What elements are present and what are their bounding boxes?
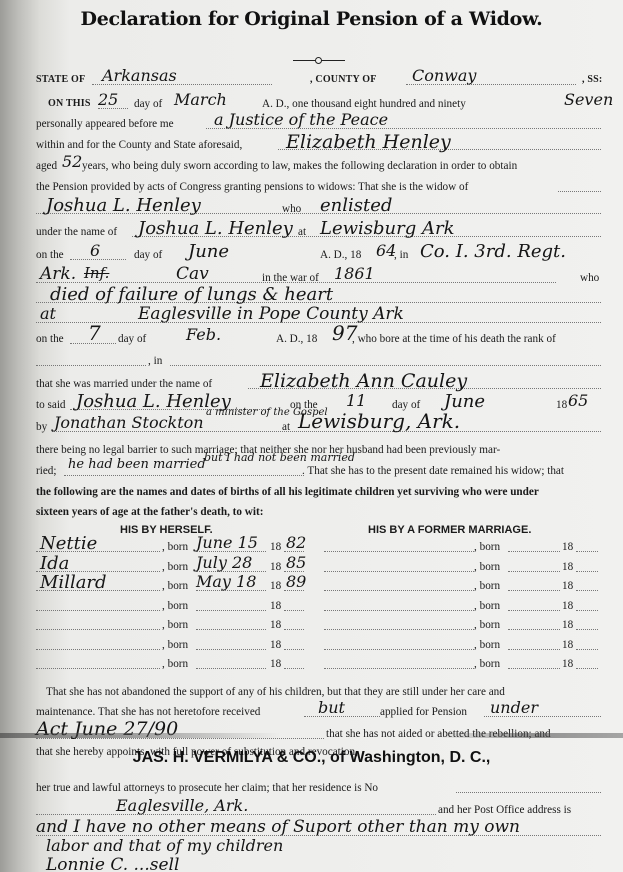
attorney-firm: JAS. H. VERMILYA & CO., of Washington, D…: [0, 749, 623, 767]
previous-marriage-line: ried; he had been married but I had not …: [36, 459, 603, 479]
act-line: Act June 27/90 that she has not aided or…: [36, 722, 603, 742]
child-row: , born18, born18: [36, 652, 603, 672]
child-birth-date: July 28: [196, 553, 252, 572]
child-row: Ida, bornJuly 281885, born18: [36, 555, 603, 575]
maintenance-line: maintenance. That she has not heretofore…: [36, 700, 603, 720]
cavalry-value: Cav: [176, 264, 209, 284]
enlist-date-line: on the 6 day of June A. D., 18 64 , in C…: [36, 243, 603, 263]
enlist-month: June: [188, 241, 229, 262]
child-row: Millard, bornMay 181889, born18: [36, 574, 603, 594]
rank-line: , in: [36, 349, 603, 369]
witness-signature: Lonnie C. ...sell: [46, 855, 179, 872]
former-born-label: , born: [474, 600, 500, 612]
on-this-label: ON THIS: [48, 98, 91, 109]
marriage-place: Lewisburg, Ark.: [298, 409, 460, 433]
state-county-line: STATE OF Arkansas , COUNTY OF Conway , S…: [36, 68, 603, 88]
former-born-label: , born: [474, 619, 500, 631]
death-place-line: at Eaglesville in Pope County Ark: [36, 306, 603, 326]
enlisted-value: enlisted: [320, 195, 392, 216]
married-line: that she was married under the name of E…: [36, 372, 603, 392]
maiden-name: Elizabeth Ann Cauley: [260, 370, 467, 392]
state-label: STATE OF: [36, 74, 85, 85]
support-statement: and I have no other means of Suport othe…: [36, 817, 520, 837]
claimant-age: 52: [62, 152, 82, 171]
received-value: but: [318, 698, 345, 717]
county-value: Conway: [412, 66, 476, 85]
cause-of-death: died of failure of lungs & heart: [50, 284, 333, 305]
declaration-month: March: [174, 90, 227, 109]
death-place: Eaglesville in Pope County Ark: [138, 304, 404, 324]
child-row: , born18, born18: [36, 633, 603, 653]
child-name: Nettie: [40, 533, 97, 554]
residence-line: Eaglesville, Ark. and her Post Office ad…: [36, 798, 603, 818]
sixteen-line: sixteen years of age at the father's dea…: [36, 500, 603, 520]
child-name: Millard: [40, 572, 107, 593]
enlist-day: 6: [90, 241, 100, 260]
under-name-line: under the name of Joshua L. Henley at Le…: [36, 220, 603, 240]
residence-value: Eaglesville, Ark.: [116, 796, 248, 815]
born-label: , born: [162, 561, 188, 573]
scan-smudge: [0, 733, 623, 738]
war-year: 1861: [334, 264, 375, 283]
struck-infantry: Inf.: [84, 264, 109, 282]
marriage-year: 65: [568, 391, 588, 410]
child-birth-year: 82: [286, 533, 306, 552]
died-line: died of failure of lungs & heart: [36, 286, 603, 306]
applied-under-value: under: [490, 698, 538, 717]
marriage-day: 11: [346, 391, 366, 410]
previous-marriage-annotation: but I had not been married: [204, 451, 355, 464]
born-label: , born: [162, 541, 188, 553]
born-label: , born: [162, 580, 188, 592]
war-line: Ark. Inf. Cav in the war of 1861 who: [36, 266, 603, 286]
officer-value: a Justice of the Peace: [214, 110, 388, 129]
state-value: Arkansas: [102, 66, 177, 85]
child-birth-date: June 15: [196, 533, 258, 552]
signature-line: Lonnie C. ...sell: [36, 857, 603, 872]
former-born-label: , born: [474, 561, 500, 573]
former-born-label: , born: [474, 580, 500, 592]
widow-of-line: Joshua L. Henley who enlisted: [36, 197, 603, 217]
pension-declaration-page: Declaration for Original Pension of a Wi…: [0, 0, 623, 872]
former-born-label: , born: [474, 541, 500, 553]
declaration-day: 25: [98, 90, 118, 109]
born-label: , born: [162, 619, 188, 631]
death-date-line: on the 7 day of Feb. A. D., 18 97 , who …: [36, 327, 603, 347]
former-born-label: , born: [474, 658, 500, 670]
ss-label: , SS:: [582, 74, 602, 85]
within-line: within and for the County and State afor…: [36, 133, 603, 153]
child-row: , born18, born18: [36, 613, 603, 633]
child-row: , born18, born18: [36, 594, 603, 614]
regiment-state: Ark.: [40, 264, 76, 284]
child-birth-date: May 18: [196, 572, 256, 591]
former-born-label: , born: [474, 639, 500, 651]
declaration-year: Seven: [564, 90, 613, 109]
enlistment-name: Joshua L. Henley: [138, 218, 293, 239]
enlistment-place: Lewisburg Ark: [320, 218, 454, 239]
abandon-line: That she has not abandoned the support o…: [36, 680, 603, 700]
born-label: , born: [162, 658, 188, 670]
title-divider: [293, 60, 345, 61]
child-row: Nettie, bornJune 151882, born18: [36, 535, 603, 555]
date-line: ON THIS 25 day of March A. D., one thous…: [36, 92, 603, 112]
previous-marriage-value: he had been married: [68, 457, 206, 472]
attorneys-line: her true and lawful attorneys to prosecu…: [36, 776, 603, 796]
county-label: , COUNTY OF: [310, 74, 377, 85]
child-name: Ida: [40, 553, 69, 574]
children-intro-line: the following are the names and dates of…: [36, 480, 603, 500]
officiant-name: Jonathan Stockton: [54, 413, 204, 432]
appeared-line: personally appeared before me a Justice …: [36, 112, 603, 132]
born-label: , born: [162, 600, 188, 612]
officiant-line: by Jonathan Stockton a minister of the G…: [36, 415, 603, 435]
born-label: , born: [162, 639, 188, 651]
child-birth-year: 89: [286, 572, 306, 591]
document-title: Declaration for Original Pension of a Wi…: [0, 8, 623, 30]
claimant-name: Elizabeth Henley: [286, 131, 451, 153]
aged-line: aged 52 years, who being duly sworn acco…: [36, 154, 603, 174]
husband-name: Joshua L. Henley: [46, 195, 201, 216]
labor-statement: labor and that of my children: [46, 836, 283, 855]
death-month: Feb.: [186, 325, 221, 344]
pension-line: the Pension provided by acts of Congress…: [36, 175, 603, 195]
child-birth-year: 85: [286, 553, 306, 572]
death-day: 7: [88, 321, 101, 345]
enlist-unit: Co. I. 3rd. Regt.: [420, 241, 566, 262]
